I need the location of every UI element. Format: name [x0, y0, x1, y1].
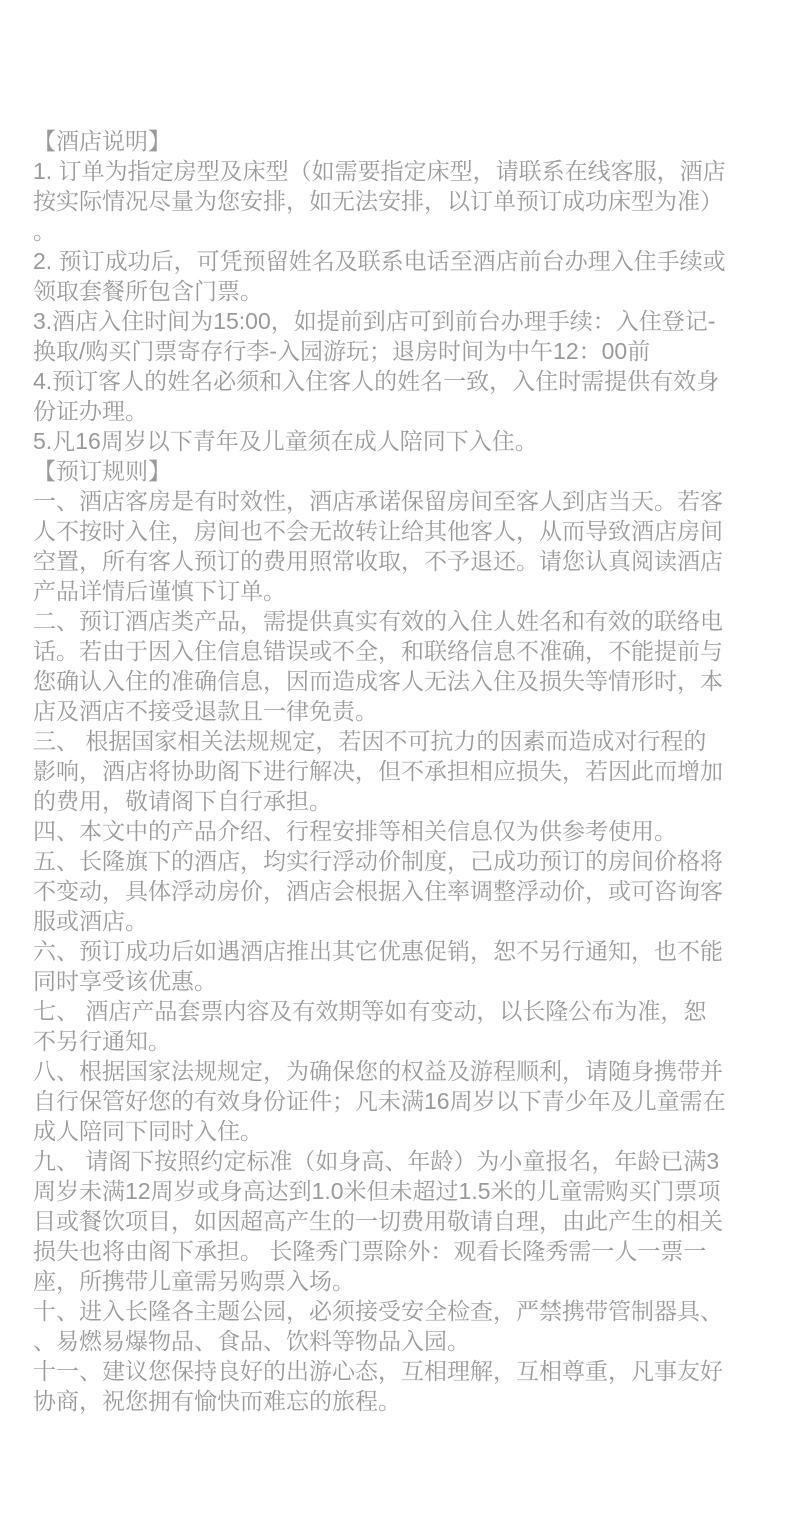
- text-line: 损失也将由阁下承担。 长隆秀门票除外：观看长隆秀需一人一票一: [33, 1236, 763, 1266]
- text-line: 服或酒店。: [33, 906, 763, 936]
- hotel-terms-page: 【酒店说明】1. 订单为指定房型及床型（如需要指定床型，请联系在线客服，酒店按实…: [0, 0, 790, 1524]
- text-line: 产品详情后谨慎下订单。: [33, 576, 763, 606]
- text-line: 5.凡16周岁以下青年及儿童须在成人陪同下入住。: [33, 426, 763, 456]
- text-line: 三、 根据国家相关法规规定，若因不可抗力的因素而造成对行程的: [33, 726, 763, 756]
- text-line: 二、预订酒店类产品，需提供真实有效的入住人姓名和有效的联络电: [33, 606, 763, 636]
- text-line: 2. 预订成功后，可凭预留姓名及联系电话至酒店前台办理入住手续或: [33, 246, 763, 276]
- text-line: 【预订规则】: [33, 456, 763, 486]
- text-line: 八、根据国家法规规定，为确保您的权益及游程顺利，请随身携带并: [33, 1056, 763, 1086]
- text-line: 份证办理。: [33, 396, 763, 426]
- text-line: 周岁未满12周岁或身高达到1.0米但未超过1.5米的儿童需购买门票项: [33, 1176, 763, 1206]
- text-line: 空置，所有客人预订的费用照常收取，不予退还。请您认真阅读酒店: [33, 546, 763, 576]
- text-line: 七、 酒店产品套票内容及有效期等如有变动，以长隆公布为准，恕: [33, 996, 763, 1026]
- text-line: 【酒店说明】: [33, 126, 763, 156]
- hotel-terms-text-block: 【酒店说明】1. 订单为指定房型及床型（如需要指定床型，请联系在线客服，酒店按实…: [33, 126, 763, 1416]
- text-line: 协商，祝您拥有愉快而难忘的旅程。: [33, 1386, 763, 1416]
- text-line: 1. 订单为指定房型及床型（如需要指定床型，请联系在线客服，酒店: [33, 156, 763, 186]
- text-line: 换取/购买门票寄存行李-入园游玩；退房时间为中午12：00前: [33, 336, 763, 366]
- text-line: 四、本文中的产品介绍、行程安排等相关信息仅为供参考使用。: [33, 816, 763, 846]
- text-line: 、易燃易爆物品、食品、饮料等物品入园。: [33, 1326, 763, 1356]
- text-line: 同时享受该优惠。: [33, 966, 763, 996]
- text-line: 店及酒店不接受退款且一律免责。: [33, 696, 763, 726]
- text-line: 成人陪同下同时入住。: [33, 1116, 763, 1146]
- text-line: 座，所携带儿童需另购票入场。: [33, 1266, 763, 1296]
- text-line: 领取套餐所包含门票。: [33, 276, 763, 306]
- text-line: 。: [33, 216, 763, 246]
- text-line: 六、预订成功后如遇酒店推出其它优惠促销，恕不另行通知，也不能: [33, 936, 763, 966]
- text-line: 人不按时入住，房间也不会无故转让给其他客人，从而导致酒店房间: [33, 516, 763, 546]
- text-line: 按实际情况尽量为您安排，如无法安排，以订单预订成功床型为准）: [33, 186, 763, 216]
- text-line: 自行保管好您的有效身份证件；凡未满16周岁以下青少年及儿童需在: [33, 1086, 763, 1116]
- text-line: 目或餐饮项目，如因超高产生的一切费用敬请自理，由此产生的相关: [33, 1206, 763, 1236]
- text-line: 话。若由于因入住信息错误或不全，和联络信息不准确，不能提前与: [33, 636, 763, 666]
- text-line: 十一、建议您保持良好的出游心态，互相理解，互相尊重，凡事友好: [33, 1356, 763, 1386]
- text-line: 五、长隆旗下的酒店，均实行浮动价制度，己成功预订的房间价格将: [33, 846, 763, 876]
- text-line: 的费用，敬请阁下自行承担。: [33, 786, 763, 816]
- text-line: 九、 请阁下按照约定标准（如身高、年龄）为小童报名，年龄已满3: [33, 1146, 763, 1176]
- text-line: 十、进入长隆各主题公园，必须接受安全检查，严禁携带管制器具、: [33, 1296, 763, 1326]
- text-line: 不变动，具体浮动房价，酒店会根据入住率调整浮动价，或可咨询客: [33, 876, 763, 906]
- text-line: 一、酒店客房是有时效性，酒店承诺保留房间至客人到店当天。若客: [33, 486, 763, 516]
- text-line: 4.预订客人的姓名必须和入住客人的姓名一致，入住时需提供有效身: [33, 366, 763, 396]
- text-line: 您确认入住的准确信息，因而造成客人无法入住及损失等情形时，本: [33, 666, 763, 696]
- text-line: 影响，酒店将协助阁下进行解决，但不承担相应损失，若因此而增加: [33, 756, 763, 786]
- text-line: 不另行通知。: [33, 1026, 763, 1056]
- text-line: 3.酒店入住时间为15:00，如提前到店可到前台办理手续：入住登记-: [33, 306, 763, 336]
